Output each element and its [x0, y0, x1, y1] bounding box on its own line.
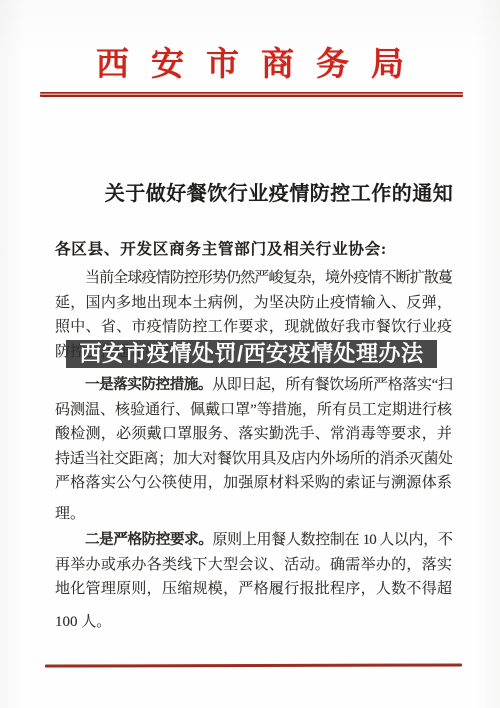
- line-text: 地化管理原则，压缩规模，严格履行报批程序，人数不得超过: [55, 581, 452, 602]
- document-line: 100 人。: [55, 610, 452, 635]
- document-line: 地化管理原则，压缩规模，严格履行报批程序，人数不得超过: [55, 577, 452, 602]
- line-lead: 二是严格防控要求。: [85, 532, 213, 548]
- document-line: 照中、省、市疫情防控工作要求，现就做好我市餐饮行业疫情: [55, 315, 452, 340]
- caption-overlay-text: 西安市疫情处罚/西安疫情处理办法: [79, 340, 423, 368]
- document-line: 一是落实防控措施。从即日起，所有餐饮场所严格落实“扫: [55, 373, 452, 398]
- document-line: 延，国内多地出现本土病例，为坚决防止疫情输入、反弹，按: [55, 291, 452, 316]
- line-text: 照中、省、市疫情防控工作要求，现就做好我市餐饮行业疫情: [55, 319, 452, 340]
- line-text: 持适当社交距离；加大对餐饮用具及店内外场所的消杀灭菌处理；: [55, 451, 452, 472]
- line-text: 严格落实公勺公筷使用，加强原材料采购的索证与溯源体系管: [55, 475, 452, 496]
- line-lead: 一是落实防控措施。: [85, 377, 212, 393]
- document-photo: 西安市商务局 关于做好餐饮行业疫情防控工作的通知 各区县、开发区商务主管部门及相…: [0, 0, 500, 708]
- document-line: 码测温、核验通行、佩戴口罩”等措施，所有员工定期进行核: [55, 398, 452, 423]
- line-text: 再举办或承办各类线下大型会议、活动。确需举办的，落实属: [55, 557, 452, 578]
- letterhead-agency-name: 西安市商务局: [0, 38, 500, 85]
- footer-rule: [45, 663, 462, 667]
- caption-overlay-bar: 西安市疫情处罚/西安疫情处理办法: [66, 340, 437, 368]
- line-text: 当前全球疫情防控形势仍然严峻复杂，境外疫情不断扩散蔓: [85, 270, 452, 286]
- document-line: 二是严格防控要求。原则上用餐人数控制在 10 人以内，不: [55, 528, 452, 553]
- salutation-line: 各区县、开发区商务主管部门及相关行业协会:: [55, 237, 387, 259]
- line-text: 100 人。: [55, 614, 111, 630]
- line-text: 码测温、核验通行、佩戴口罩”等措施，所有员工定期进行核: [55, 402, 452, 418]
- document-body: 当前全球疫情防控形势仍然严峻复杂，境外疫情不断扩散蔓 延，国内多地出现本土病例，…: [55, 266, 452, 634]
- line-text: 从即日起，所有餐饮场所严格落实“扫: [212, 377, 452, 393]
- document-line: 酸检测，必须戴口罩服务、落实勤洗手、常消毒等要求，并保: [55, 422, 452, 447]
- document-line: 当前全球疫情防控形势仍然严峻复杂，境外疫情不断扩散蔓: [55, 266, 452, 291]
- letterhead-double-rule: [40, 92, 463, 97]
- document-title: 关于做好餐饮行业疫情防控工作的通知: [0, 177, 500, 206]
- document-line: 再举办或承办各类线下大型会议、活动。确需举办的，落实属: [55, 553, 452, 578]
- document-line: 持适当社交距离；加大对餐饮用具及店内外场所的消杀灭菌处理；: [55, 447, 452, 472]
- document-line: 严格落实公勺公筷使用，加强原材料采购的索证与溯源体系管: [55, 471, 452, 496]
- line-text: 理。: [55, 506, 85, 522]
- document-line: 理。: [55, 502, 452, 527]
- line-text: 原则上用餐人数控制在 10 人以内，不: [213, 532, 452, 548]
- line-text: 酸检测，必须戴口罩服务、落实勤洗手、常消毒等要求，并保: [55, 426, 452, 447]
- line-text: 延，国内多地出现本土病例，为坚决防止疫情输入、反弹，按: [55, 295, 452, 316]
